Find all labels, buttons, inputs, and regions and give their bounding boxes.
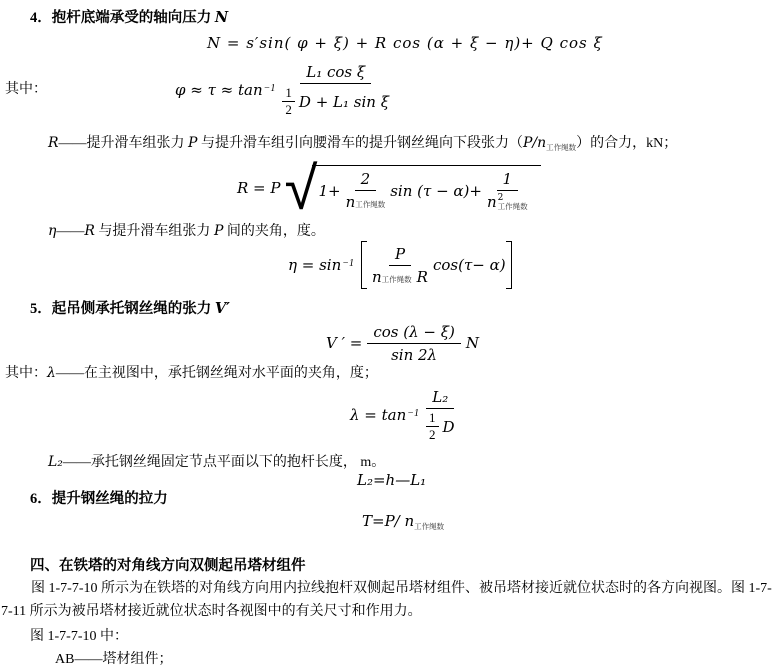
eta-fraction: P n工作绳数R [372, 245, 428, 286]
eta-description: η——R 与提升滑车组张力 P 间的夹角，度。 [48, 220, 325, 240]
lambda-lhs: λ = tan [350, 406, 406, 424]
formula-N: N = s′sin( φ + ξ) + R cos (α + ξ − η)+ Q… [207, 34, 603, 52]
v-fraction: cos (λ − ξ) sin 2λ [367, 323, 460, 364]
section-4-heading: 4．抱杆底端承受的轴向压力 N [30, 6, 228, 27]
eta-lhs: η = sin [288, 256, 341, 274]
document-page: 4．抱杆底端承受的轴向压力 N N = s′sin( φ + ξ) + R co… [0, 0, 783, 666]
l2-description: L₂——承托钢丝绳固定节点平面以下的抱杆长度， m。 [48, 451, 385, 471]
section-5-heading: 5．起吊侧承托钢丝绳的张力 V′ [30, 297, 230, 318]
formula-T: T=P/ n工作绳数 [362, 512, 444, 530]
phi-numerator: L₁ cos ξ [300, 63, 371, 84]
ab-definition: AB——塔材组件； [55, 648, 172, 666]
work-rope-subscript: 工作绳数 [498, 203, 528, 211]
v-tail: N [466, 334, 479, 352]
figure-reference: 图 1-7-7-10 中： [30, 625, 128, 645]
work-rope-subscript: 工作绳数 [546, 144, 576, 152]
formula-L2: L₂=h—L₁ [357, 471, 426, 489]
lambda-description: 其中：λ——在主视图中，承托钢丝绳对水平面的夹角，度； [5, 362, 378, 382]
qizhong-label-1: 其中： [5, 78, 47, 98]
left-square-bracket [361, 241, 367, 289]
section-5-variable: V′ [215, 300, 230, 317]
lambda-exponent: −1 [407, 408, 419, 419]
one-half-fraction: 1 2 [282, 86, 295, 117]
section-4-variable: N [215, 9, 228, 26]
work-rope-subscript: 工作绳数 [414, 523, 444, 531]
eta-tail: cos(τ− α) [433, 256, 506, 274]
v-lhs: V ′ = [326, 334, 362, 352]
r-lhs: R = P [237, 179, 281, 197]
r-description: R——提升滑车组张力 P 与提升滑车组引向腰滑车的提升钢丝绳向下段张力（P/n工… [48, 132, 677, 152]
figure-paragraph: 图 1-7-7-10 所示为在铁塔的对角线方向用内拉线抱杆双侧起吊塔材组件、被吊… [1, 577, 782, 623]
right-square-bracket [506, 241, 512, 289]
lambda-fraction: L₂ 1 2 D [426, 388, 455, 442]
formula-eta: η = sin−1 P n工作绳数R cos(τ− α) [288, 241, 514, 289]
one-half-fraction: 1 2 [426, 411, 439, 442]
formula-lambda: λ = tan−1 L₂ 1 2 D [350, 388, 460, 442]
r-fraction-1: 2 n工作绳数 [346, 170, 386, 211]
section-four-title: 在铁塔的对角线方向双侧起吊塔材组件 [59, 558, 306, 574]
section-6-title: 提升钢丝绳的拉力 [52, 491, 168, 507]
section-4-number: 4． [30, 10, 52, 26]
radical-sign-icon: √ [285, 164, 318, 214]
section-4-title: 抱杆底端承受的轴向压力 [52, 10, 215, 26]
formula-phi: φ ≈ τ ≈ tan−1 L₁ cos ξ 1 2 D + L₁ sin ξ [175, 62, 394, 118]
work-rope-subscript: 工作绳数 [355, 201, 385, 209]
section-6-number: 6． [30, 491, 52, 507]
section-four-heading: 四、在铁塔的对角线方向双侧起吊塔材组件 [30, 554, 306, 575]
eta-exponent: −1 [342, 258, 354, 269]
section-5-title: 起吊侧承托钢丝绳的张力 [52, 301, 215, 317]
formula-V: V ′ = cos (λ − ξ) sin 2λ N [326, 322, 479, 364]
phi-denominator-tail: D + L₁ sin ξ [299, 93, 389, 111]
r-fraction-2: 1 n2工作绳数 [487, 170, 528, 211]
phi-lhs: φ ≈ τ ≈ tan [175, 81, 263, 99]
section-5-number: 5． [30, 301, 52, 317]
work-rope-subscript: 工作绳数 [382, 276, 412, 284]
phi-fraction: L₁ cos ξ 1 2 D + L₁ sin ξ [282, 63, 389, 117]
section-four-number: 四、 [30, 558, 59, 574]
radicand: 1+ 2 n工作绳数 sin (τ − α)+ 1 n2工作绳数 [312, 165, 540, 211]
formula-R: R = P √ 1+ 2 n工作绳数 sin (τ − α)+ 1 n2工作绳数 [237, 160, 541, 216]
section-6-heading: 6．提升钢丝绳的拉力 [30, 487, 168, 508]
phi-exponent: −1 [264, 83, 276, 94]
